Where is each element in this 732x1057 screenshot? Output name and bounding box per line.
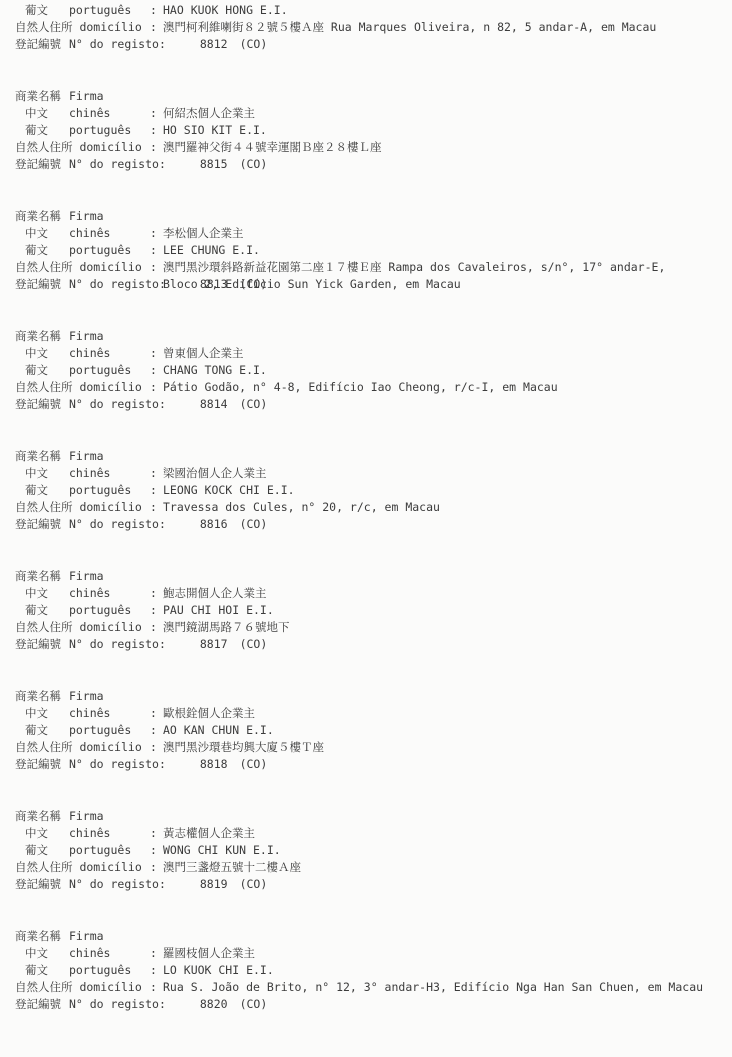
chinese-name-value: 黃志權個人企業主 [150, 825, 730, 842]
label-registration-pt: N° do registo: [69, 636, 166, 653]
label-registration-pt: N° do registo: [69, 36, 166, 53]
chinese-name-value: 曾東個人企業主 [150, 345, 730, 362]
label-portuguese-zh: 葡文 [15, 122, 62, 139]
portuguese-name-value: WONG CHI KUN E.I. [150, 842, 730, 859]
portuguese-name-value: AO KAN CHUN E.I. [150, 722, 730, 739]
label-domicile-pt: domicílio [79, 259, 141, 276]
domicile-value: Travessa dos Cules, n° 20, r/c, em Macau [150, 499, 730, 516]
label-registration-pt: N° do registo: [69, 516, 166, 533]
chinese-name-value: 鮑志開個人企人業主 [150, 585, 730, 602]
label-chinese-pt: chinês [69, 465, 111, 482]
registration-number-row: 登記編號 N° do registo:8813(CO) [15, 276, 732, 293]
label-chinese-zh: 中文 [15, 825, 62, 842]
label-registration-zh: 登記編號 [15, 876, 62, 893]
label-firma-zh: 商業名稱 [15, 568, 62, 585]
label-portuguese-zh: 葡文 [15, 962, 62, 979]
label-registration-zh: 登記編號 [15, 276, 62, 293]
portuguese-name-row: 葡文 português :LEONG KOCK CHI E.I. [15, 482, 732, 499]
label-registration-pt: N° do registo: [69, 876, 166, 893]
portuguese-name-value: LEE CHUNG E.I. [150, 242, 730, 259]
registration-entry: 商業名稱 Firma 中文 chinês :梁國治個人企人業主 葡文 portu… [15, 448, 732, 533]
registration-entry-partial: 葡文 português :HAO KUOK HONG E.I. 自然人住所 d… [15, 2, 732, 53]
label-registration-pt: N° do registo: [69, 756, 166, 773]
registration-number-row: 登記編號 N° do registo:8817(CO) [15, 636, 732, 653]
label-registration-zh: 登記編號 [15, 516, 62, 533]
domicile-row: 自然人住所 domicílio :澳門黑沙環巷均興大廈５樓Ｔ座 [15, 739, 732, 756]
registration-co-suffix: (CO) [240, 756, 268, 773]
label-chinese-pt: chinês [69, 825, 111, 842]
chinese-name-row: 中文 chinês :曾東個人企業主 [15, 345, 732, 362]
label-portuguese-pt: português [69, 2, 131, 19]
domicile-value-wrap: :Travessa dos Cules, n° 20, r/c, em Maca… [150, 499, 730, 516]
colon: : [150, 602, 157, 619]
label-firma-pt: Firma [69, 328, 104, 345]
portuguese-name-row: 葡文 português :CHANG TONG E.I. [15, 362, 732, 379]
label-registration-pt: N° do registo: [69, 996, 166, 1013]
registration-co-suffix: (CO) [240, 276, 268, 293]
domicile-value-wrap: :澳門黑沙環巷均興大廈５樓Ｔ座 [150, 739, 730, 756]
colon: : [150, 19, 157, 36]
label-firma-pt: Firma [69, 448, 104, 465]
chinese-name-value-wrap: :黃志權個人企業主 [150, 825, 730, 842]
colon: : [150, 482, 157, 499]
chinese-name-value-wrap: :梁國治個人企人業主 [150, 465, 730, 482]
domicile-row: 自然人住所 domicílio :澳門羅神父街４４號幸運閣Ｂ座２８樓Ｌ座 [15, 139, 732, 156]
label-firma-pt: Firma [69, 688, 104, 705]
colon: : [150, 962, 157, 979]
registration-co-suffix: (CO) [240, 36, 268, 53]
colon: : [150, 345, 157, 362]
chinese-name-value: 何紹杰個人企業主 [150, 105, 730, 122]
label-domicile-zh: 自然人住所 [15, 379, 73, 396]
label-registration-pt: N° do registo: [69, 396, 166, 413]
label-portuguese-zh: 葡文 [15, 602, 62, 619]
portuguese-name-value: LEONG KOCK CHI E.I. [150, 482, 730, 499]
colon: : [150, 139, 157, 156]
portuguese-name-value-wrap: :CHANG TONG E.I. [150, 362, 730, 379]
chinese-name-value: 羅國枝個人企業主 [150, 945, 730, 962]
label-firma-pt: Firma [69, 208, 104, 225]
registration-number-row: 登記編號 N° do registo:8820(CO) [15, 996, 732, 1013]
label-portuguese-zh: 葡文 [15, 362, 62, 379]
label-registration-zh: 登記編號 [15, 756, 62, 773]
label-chinese-pt: chinês [69, 225, 111, 242]
colon: : [150, 105, 157, 122]
domicile-value: 澳門羅神父街４４號幸運閣Ｂ座２８樓Ｌ座 [150, 139, 730, 156]
registration-number: 8819 [200, 876, 228, 893]
registration-number: 8818 [200, 756, 228, 773]
registration-entry-list: 商業名稱 Firma 中文 chinês :何紹杰個人企業主 葡文 portug… [15, 88, 732, 1013]
domicile-value: 澳門黑沙環巷均興大廈５樓Ｔ座 [150, 739, 730, 756]
registration-number: 8815 [200, 156, 228, 173]
domicile-value: 澳門鏡湖馬路７６號地下 [150, 619, 730, 636]
label-registration-zh: 登記編號 [15, 36, 62, 53]
registration-number: 8820 [200, 996, 228, 1013]
registration-entry: 商業名稱 Firma 中文 chinês :羅國枝個人企業主 葡文 portug… [15, 928, 732, 1013]
firma-row: 商業名稱 Firma [15, 808, 732, 825]
portuguese-name-value: HAO KUOK HONG E.I. [150, 2, 730, 19]
label-domicile-pt: domicílio [79, 859, 141, 876]
label-domicile-pt: domicílio [79, 139, 141, 156]
portuguese-name-value-wrap: :AO KAN CHUN E.I. [150, 722, 730, 739]
chinese-name-value-wrap: :鮑志開個人企人業主 [150, 585, 730, 602]
chinese-name-value: 歐根銓個人企業主 [150, 705, 730, 722]
registration-entry: 商業名稱 Firma 中文 chinês :李松個人企業主 葡文 portugu… [15, 208, 732, 293]
portuguese-name-value-wrap: :LEE CHUNG E.I. [150, 242, 730, 259]
registration-co-suffix: (CO) [240, 396, 268, 413]
domicile-value-wrap: :澳門鏡湖馬路７６號地下 [150, 619, 730, 636]
label-portuguese-zh: 葡文 [15, 722, 62, 739]
label-firma-zh: 商業名稱 [15, 88, 62, 105]
colon: : [150, 242, 157, 259]
portuguese-name-value-wrap: :HO SIO KIT E.I. [150, 122, 730, 139]
colon: : [150, 362, 157, 379]
domicile-row: 自然人住所 domicílio :Travessa dos Cules, n° … [15, 499, 732, 516]
label-domicile-pt: domicílio [79, 499, 141, 516]
colon: : [150, 825, 157, 842]
colon: : [150, 705, 157, 722]
registration-entry: 商業名稱 Firma 中文 chinês :曾東個人企業主 葡文 portugu… [15, 328, 732, 413]
domicile-value-wrap: :Rua S. João de Brito, n° 12, 3° andar-H… [150, 979, 730, 996]
registration-number-row: 登記編號 N° do registo:8814(CO) [15, 396, 732, 413]
domicile-row: 自然人住所 domicílio :Pátio Godão, n° 4-8, Ed… [15, 379, 732, 396]
label-domicile-pt: domicílio [79, 379, 141, 396]
registration-number: 8817 [200, 636, 228, 653]
registration-number: 8813 [200, 276, 228, 293]
registration-number-row: 登記編號 N° do registo:8816(CO) [15, 516, 732, 533]
colon: : [150, 945, 157, 962]
registration-co-suffix: (CO) [240, 516, 268, 533]
chinese-name-row: 中文 chinês :李松個人企業主 [15, 225, 732, 242]
portuguese-name-value: LO KUOK CHI E.I. [150, 962, 730, 979]
colon: : [150, 259, 157, 276]
registration-entry: 商業名稱 Firma 中文 chinês :歐根銓個人企業主 葡文 portug… [15, 688, 732, 773]
colon: : [150, 722, 157, 739]
label-portuguese-zh: 葡文 [15, 842, 62, 859]
portuguese-name-value: PAU CHI HOI E.I. [150, 602, 730, 619]
colon: : [150, 979, 157, 996]
chinese-name-row: 中文 chinês :梁國治個人企人業主 [15, 465, 732, 482]
label-domicile-zh: 自然人住所 [15, 619, 73, 636]
label-portuguese-pt: português [69, 962, 131, 979]
colon: : [150, 842, 157, 859]
colon: : [150, 499, 157, 516]
label-chinese-pt: chinês [69, 945, 111, 962]
portuguese-name-value: CHANG TONG E.I. [150, 362, 730, 379]
label-domicile-pt: domicílio [79, 19, 141, 36]
chinese-name-value-wrap: :羅國枝個人企業主 [150, 945, 730, 962]
chinese-name-value: 李松個人企業主 [150, 225, 730, 242]
chinese-name-value-wrap: :何紹杰個人企業主 [150, 105, 730, 122]
label-registration-zh: 登記編號 [15, 396, 62, 413]
label-chinese-zh: 中文 [15, 945, 62, 962]
portuguese-name-value-wrap: :LEONG KOCK CHI E.I. [150, 482, 730, 499]
label-registration-zh: 登記編號 [15, 996, 62, 1013]
chinese-name-value-wrap: :曾東個人企業主 [150, 345, 730, 362]
label-firma-pt: Firma [69, 568, 104, 585]
registration-number-row: 登記編號 N° do registo:8818(CO) [15, 756, 732, 773]
registration-entry: 商業名稱 Firma 中文 chinês :鮑志開個人企人業主 葡文 portu… [15, 568, 732, 653]
label-chinese-pt: chinês [69, 105, 111, 122]
portuguese-name-value-wrap: :WONG CHI KUN E.I. [150, 842, 730, 859]
label-portuguese-pt: português [69, 482, 131, 499]
registration-number-row: 登記編號 N° do registo:8812(CO) [15, 36, 732, 53]
portuguese-name-value-wrap: :PAU CHI HOI E.I. [150, 602, 730, 619]
label-portuguese-pt: português [69, 242, 131, 259]
label-firma-zh: 商業名稱 [15, 808, 62, 825]
chinese-name-row: 中文 chinês :鮑志開個人企人業主 [15, 585, 732, 602]
label-domicile-pt: domicílio [79, 979, 141, 996]
label-firma-zh: 商業名稱 [15, 448, 62, 465]
label-chinese-zh: 中文 [15, 225, 62, 242]
registration-number: 8812 [200, 36, 228, 53]
label-registration-zh: 登記編號 [15, 156, 62, 173]
domicile-value: 澳門柯利維喇街８２號５樓Ａ座 Rua Marques Oliveira, n 8… [150, 19, 730, 36]
registration-number: 8814 [200, 396, 228, 413]
label-firma-zh: 商業名稱 [15, 928, 62, 945]
firma-row: 商業名稱 Firma [15, 688, 732, 705]
portuguese-name-row: 葡文 português :HAO KUOK HONG E.I. [15, 2, 732, 19]
label-domicile-pt: domicílio [79, 739, 141, 756]
portuguese-name-value: HO SIO KIT E.I. [150, 122, 730, 139]
firma-row: 商業名稱 Firma [15, 448, 732, 465]
label-portuguese-zh: 葡文 [15, 482, 62, 499]
label-domicile-zh: 自然人住所 [15, 139, 73, 156]
label-portuguese-pt: português [69, 722, 131, 739]
label-domicile-zh: 自然人住所 [15, 19, 73, 36]
domicile-value: 澳門三盞燈五號十二樓Ａ座 [150, 859, 730, 876]
domicile-value-wrap: :澳門柯利維喇街８２號５樓Ａ座 Rua Marques Oliveira, n … [150, 19, 730, 36]
domicile-value-wrap: :澳門羅神父街４４號幸運閣Ｂ座２８樓Ｌ座 [150, 139, 730, 156]
label-firma-zh: 商業名稱 [15, 688, 62, 705]
chinese-name-value-wrap: :李松個人企業主 [150, 225, 730, 242]
label-domicile-zh: 自然人住所 [15, 979, 73, 996]
label-chinese-pt: chinês [69, 705, 111, 722]
chinese-name-value: 梁國治個人企人業主 [150, 465, 730, 482]
chinese-name-row: 中文 chinês :羅國枝個人企業主 [15, 945, 732, 962]
firma-row: 商業名稱 Firma [15, 208, 732, 225]
portuguese-name-row: 葡文 português :HO SIO KIT E.I. [15, 122, 732, 139]
registration-co-suffix: (CO) [240, 156, 268, 173]
gazette-scan-page: 葡文 português :HAO KUOK HONG E.I. 自然人住所 d… [0, 0, 732, 1013]
portuguese-name-row: 葡文 português :LEE CHUNG E.I. [15, 242, 732, 259]
label-chinese-pt: chinês [69, 585, 111, 602]
colon: : [150, 2, 157, 19]
label-chinese-zh: 中文 [15, 585, 62, 602]
label-portuguese-pt: português [69, 122, 131, 139]
portuguese-name-row: 葡文 português :PAU CHI HOI E.I. [15, 602, 732, 619]
label-domicile-zh: 自然人住所 [15, 859, 73, 876]
chinese-name-row: 中文 chinês :歐根銓個人企業主 [15, 705, 732, 722]
registration-number-row: 登記編號 N° do registo:8819(CO) [15, 876, 732, 893]
label-chinese-zh: 中文 [15, 105, 62, 122]
registration-co-suffix: (CO) [240, 636, 268, 653]
domicile-value: Rua S. João de Brito, n° 12, 3° andar-H3… [150, 979, 730, 996]
firma-row: 商業名稱 Firma [15, 328, 732, 345]
colon: : [150, 379, 157, 396]
portuguese-name-row: 葡文 português :WONG CHI KUN E.I. [15, 842, 732, 859]
domicile-row: 自然人住所 domicílio :澳門柯利維喇街８２號５樓Ａ座 Rua Marq… [15, 19, 732, 36]
label-firma-pt: Firma [69, 88, 104, 105]
chinese-name-row: 中文 chinês :何紹杰個人企業主 [15, 105, 732, 122]
registration-entry: 商業名稱 Firma 中文 chinês :何紹杰個人企業主 葡文 portug… [15, 88, 732, 173]
colon: : [150, 859, 157, 876]
colon: : [150, 585, 157, 602]
domicile-row: 自然人住所 domicílio :Rua S. João de Brito, n… [15, 979, 732, 996]
domicile-value: Pátio Godão, n° 4-8, Edifício Iao Cheong… [150, 379, 730, 396]
label-portuguese-zh: 葡文 [15, 2, 62, 19]
label-domicile-zh: 自然人住所 [15, 499, 73, 516]
colon: : [150, 122, 157, 139]
registration-entry: 商業名稱 Firma 中文 chinês :黃志權個人企業主 葡文 portug… [15, 808, 732, 893]
domicile-row: 自然人住所 domicílio :澳門鏡湖馬路７６號地下 [15, 619, 732, 636]
label-firma-zh: 商業名稱 [15, 208, 62, 225]
chinese-name-value-wrap: :歐根銓個人企業主 [150, 705, 730, 722]
label-registration-zh: 登記編號 [15, 636, 62, 653]
portuguese-name-row: 葡文 português :AO KAN CHUN E.I. [15, 722, 732, 739]
label-firma-pt: Firma [69, 808, 104, 825]
label-domicile-zh: 自然人住所 [15, 739, 73, 756]
colon: : [150, 225, 157, 242]
firma-row: 商業名稱 Firma [15, 928, 732, 945]
label-portuguese-pt: português [69, 842, 131, 859]
domicile-value-wrap: :Pátio Godão, n° 4-8, Edifício Iao Cheon… [150, 379, 730, 396]
registration-number: 8816 [200, 516, 228, 533]
domicile-row: 自然人住所 domicílio :澳門黑沙環斜路新益花園第二座１７樓Ｅ座 Ram… [15, 259, 732, 276]
colon: : [150, 739, 157, 756]
portuguese-name-value-wrap: :HAO KUOK HONG E.I. [150, 2, 730, 19]
label-domicile-zh: 自然人住所 [15, 259, 73, 276]
registration-co-suffix: (CO) [240, 876, 268, 893]
label-portuguese-pt: português [69, 362, 131, 379]
label-registration-pt: N° do registo: [69, 276, 166, 293]
portuguese-name-row: 葡文 português :LO KUOK CHI E.I. [15, 962, 732, 979]
label-firma-zh: 商業名稱 [15, 328, 62, 345]
label-chinese-zh: 中文 [15, 345, 62, 362]
label-chinese-pt: chinês [69, 345, 111, 362]
colon: : [150, 465, 157, 482]
label-chinese-zh: 中文 [15, 465, 62, 482]
label-firma-pt: Firma [69, 928, 104, 945]
label-portuguese-pt: português [69, 602, 131, 619]
registration-co-suffix: (CO) [240, 996, 268, 1013]
chinese-name-row: 中文 chinês :黃志權個人企業主 [15, 825, 732, 842]
label-domicile-pt: domicílio [79, 619, 141, 636]
label-portuguese-zh: 葡文 [15, 242, 62, 259]
firma-row: 商業名稱 Firma [15, 88, 732, 105]
registration-number-row: 登記編號 N° do registo:8815(CO) [15, 156, 732, 173]
domicile-value-wrap: :澳門三盞燈五號十二樓Ａ座 [150, 859, 730, 876]
firma-row: 商業名稱 Firma [15, 568, 732, 585]
label-registration-pt: N° do registo: [69, 156, 166, 173]
colon: : [150, 619, 157, 636]
label-chinese-zh: 中文 [15, 705, 62, 722]
domicile-row: 自然人住所 domicílio :澳門三盞燈五號十二樓Ａ座 [15, 859, 732, 876]
portuguese-name-value-wrap: :LO KUOK CHI E.I. [150, 962, 730, 979]
